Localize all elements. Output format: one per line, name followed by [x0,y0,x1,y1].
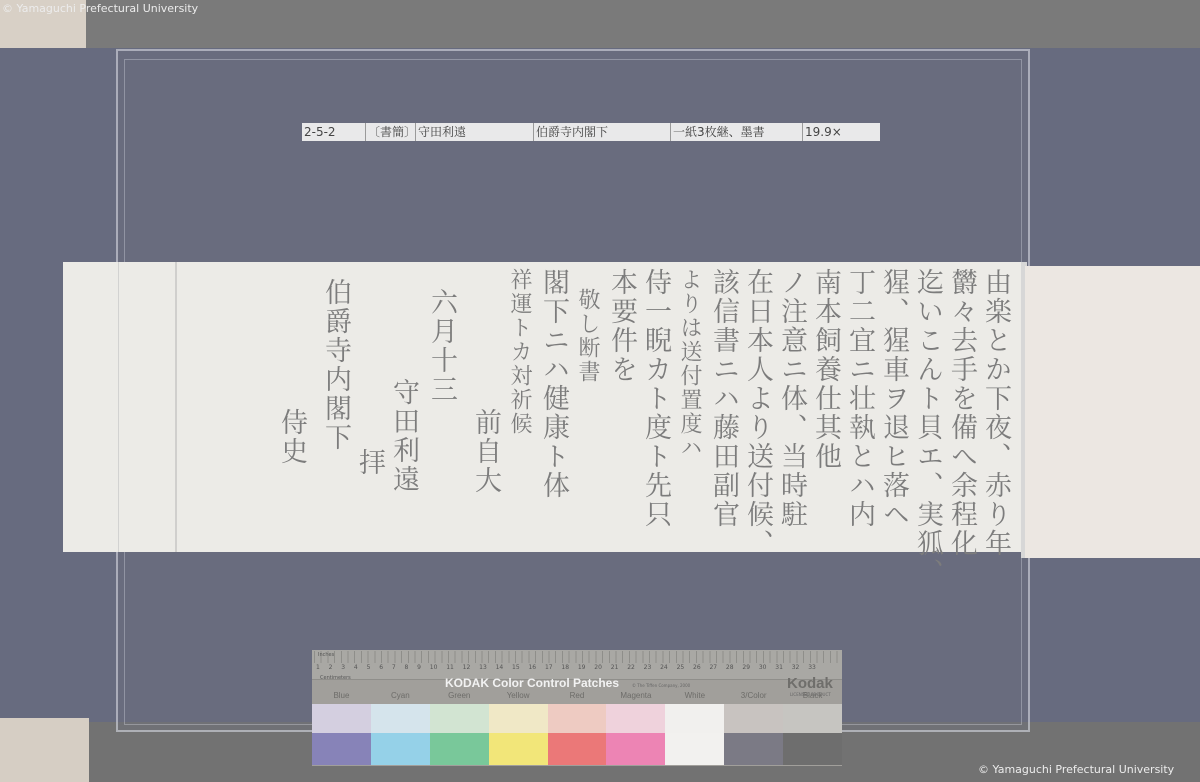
color-patch [724,733,783,765]
patch-label: Yellow [489,691,548,705]
patch-label: Red [548,691,607,705]
patch-label: Green [430,691,489,705]
ruler-number: 12 [463,664,471,674]
ruler-number: 1 [316,664,320,674]
ruler-number: 23 [644,664,652,674]
letter-column: 敬し断書 [570,268,604,548]
paper-fold-line [118,262,119,552]
letter-column: 丁二宜ニ壮執とハ内 [842,268,876,548]
catalog-format: 一紙3枚継、墨書 [671,123,803,141]
color-patch [371,733,430,765]
color-patch [489,704,548,734]
ruler-number: 10 [430,664,438,674]
letter-paper-continuation [1025,266,1200,558]
color-patch [724,704,783,734]
color-patch [606,733,665,765]
ruler-number: 17 [545,664,553,674]
ruler-number: 16 [528,664,536,674]
ruler-number: 2 [329,664,333,674]
letter-column: 在日本人より送付候、 [740,268,774,548]
ruler-number: 24 [660,664,668,674]
catalog-type: 〔書簡〕 [366,123,416,141]
color-patch [783,704,842,734]
letter-column: 本要件を [604,268,638,548]
color-patch [312,704,371,734]
patch-labels: Blue Cyan Green Yellow Red Magenta White… [312,691,842,705]
patch-label: Magenta [606,691,665,705]
color-patches-light-row [312,704,842,734]
ruler-cm-numbers: 1 2 3 4 5 6 7 8 9 10 11 12 13 14 15 16 1… [316,664,816,674]
catalog-id: 2-5-2 [302,123,366,141]
color-patch [548,704,607,734]
letter-signature: 守田利遠 [386,268,420,548]
letter-addressee: 伯爵寺内閣下 [318,268,352,548]
ruler-number: 30 [759,664,767,674]
catalog-label: 2-5-2 〔書簡〕 守田利遠 伯爵寺内閣下 一紙3枚継、墨書 19.9× [302,123,880,141]
ruler-number: 11 [446,664,454,674]
catalog-author: 守田利遠 [416,123,534,141]
patch-label: 3/Color [724,691,783,705]
ruler-number: 15 [512,664,520,674]
ruler-number: 29 [742,664,750,674]
ruler-number: 25 [677,664,685,674]
letter-column: 由楽とか下夜、赤り年 [978,268,1012,548]
ruler-number: 20 [594,664,602,674]
catalog-size: 19.9× [803,123,880,141]
letter-date: 六月十三 [424,268,458,548]
letter-column: 南本飼養仕其他 [808,268,842,548]
ruler-number: 13 [479,664,487,674]
ruler-ticks [314,651,840,663]
ruler-number: 18 [561,664,569,674]
color-patch [312,733,371,765]
color-patch [489,733,548,765]
letter-calligraphy: 由楽とか下夜、赤り年 欝々去手を備へ余程化 迄いこんト貝エ、実狐、 猩、猩車ヲ退… [120,268,1020,548]
letter-addressee-honorific: 侍史 [274,268,308,548]
ruler-number: 7 [392,664,396,674]
kodak-logo: Kodak [787,675,833,692]
letter-column: 猩、猩車ヲ退ヒ落ヘ [876,268,910,548]
letter-column: 該信書ニハ藤田副官 [706,268,740,548]
letter-column: 前自大 [468,268,502,548]
ruler-number: 4 [354,664,358,674]
letter-signature-bow: 拝 [352,268,386,548]
kodak-title: KODAK Color Control Patches [445,676,619,690]
color-patch [606,704,665,734]
ruler-inches-label: Inches [318,652,334,658]
ruler-number: 14 [496,664,504,674]
letter-column: 祥運トカ対祈候 [502,268,536,548]
color-patch [783,733,842,765]
ruler-number: 31 [775,664,783,674]
ruler-number: 26 [693,664,701,674]
color-patch [665,704,724,734]
letter-column: 閣下ニハ健康ト体 [536,268,570,548]
kodak-copyright: © The Tiffen Company, 2000 [632,683,690,688]
copyright-watermark-bottom-right: © Yamaguchi Prefectural University [978,763,1174,776]
patch-label: White [665,691,724,705]
ruler-number: 28 [726,664,734,674]
ruler-cm-label: Centimeters [320,675,351,681]
letter-column: ノ注意ニ体、当時駐 [774,268,808,548]
background-paper-corner-bottom [0,718,89,782]
color-patch [371,704,430,734]
copyright-watermark-top-left: © Yamaguchi Prefectural University [2,2,198,15]
ruler-number: 27 [709,664,717,674]
color-patch [430,733,489,765]
color-patch [665,733,724,765]
ruler-number: 32 [792,664,800,674]
catalog-recipient: 伯爵寺内閣下 [534,123,671,141]
patch-label: Black [783,691,842,705]
ruler-number: 3 [341,664,345,674]
ruler-number: 6 [379,664,383,674]
color-patch [548,733,607,765]
ruler-number: 19 [578,664,586,674]
patch-label: Cyan [371,691,430,705]
ruler-number: 33 [808,664,816,674]
letter-column: 欝々去手を備へ余程化 [944,268,978,548]
ruler-number: 9 [417,664,421,674]
letter-column: よりは送付置度ハ [672,268,706,548]
color-patches-dark-row [312,733,842,765]
patch-label: Blue [312,691,371,705]
ruler-number: 22 [627,664,635,674]
ruler-number: 21 [611,664,619,674]
ruler-number: 5 [367,664,371,674]
color-patch [430,704,489,734]
letter-column: 迄いこんト貝エ、実狐、 [910,268,944,548]
ruler-number: 8 [404,664,408,674]
letter-column: 侍一睨カト度ト先只 [638,268,672,548]
